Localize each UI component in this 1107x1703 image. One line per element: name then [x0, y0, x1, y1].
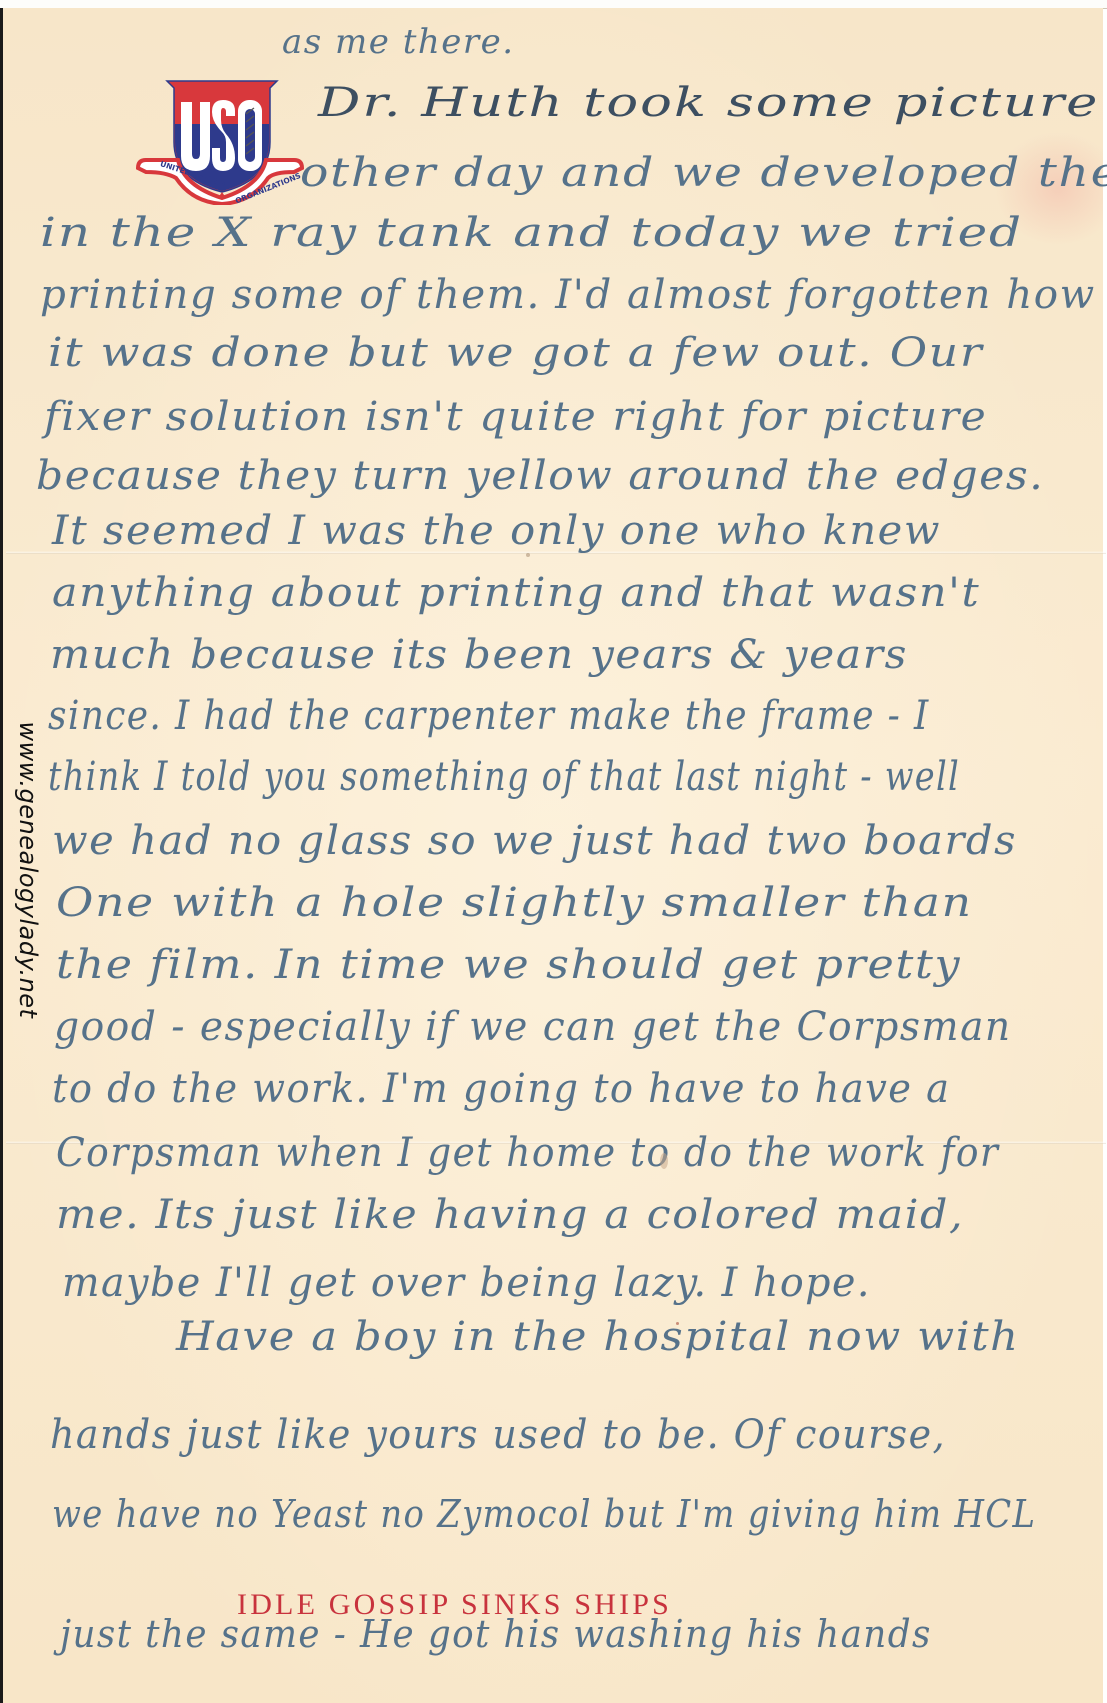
letter-line: anything about printing and that wasn't — [52, 570, 980, 616]
footer-slogan: IDLE GOSSIP SINKS SHIPS — [237, 1588, 672, 1622]
letter-line: as me there. — [282, 22, 515, 62]
letter-line: printing some of them. I'd almost forgot… — [40, 272, 1096, 318]
letter-line: good - especially if we can get the Corp… — [54, 1004, 1012, 1050]
letter-line: maybe I'll get over being lazy. I hope. — [62, 1260, 871, 1306]
letter-line: other day and we developed them — [300, 150, 1107, 196]
letter-line: since. I had the carpenter make the fram… — [48, 693, 930, 739]
letter-line: Dr. Huth took some picture the — [318, 80, 1107, 126]
letter-line: Have a boy in the hospital now with — [176, 1314, 1020, 1360]
paper-speck — [526, 553, 530, 557]
letter-line: It seemed I was the only one who knew — [52, 508, 941, 554]
letter-line: because they turn yellow around the edge… — [36, 453, 1044, 499]
handwritten-letter-body: as me there. Dr. Huth took some picture … — [0, 0, 1107, 1703]
letter-line: much because its been years & years — [50, 632, 908, 678]
letter-line: Corpsman when I get home to do the work … — [56, 1130, 999, 1176]
letter-line: the film. In time we should get pretty — [56, 942, 961, 988]
letter-line: One with a hole slightly smaller than — [56, 880, 973, 926]
letter-line: it was done but we got a few out. Our — [48, 330, 983, 376]
letter-line: to do the work. I'm going to have to hav… — [52, 1066, 950, 1112]
paper-speck — [676, 1322, 679, 1325]
letter-line: we have no Yeast no Zymocol but I'm givi… — [52, 1492, 1036, 1536]
letter-line: in the X ray tank and today we tried — [40, 210, 1023, 256]
letter-line: me. Its just like having a colored maid, — [56, 1192, 964, 1238]
letter-line: we had no glass so we just had two board… — [52, 818, 1017, 864]
letter-line: hands just like yours used to be. Of cou… — [50, 1412, 946, 1458]
letter-line: think I told you something of that last … — [48, 754, 960, 800]
letter-line: fixer solution isn't quite right for pic… — [44, 394, 987, 440]
paper-stain — [660, 1153, 668, 1169]
